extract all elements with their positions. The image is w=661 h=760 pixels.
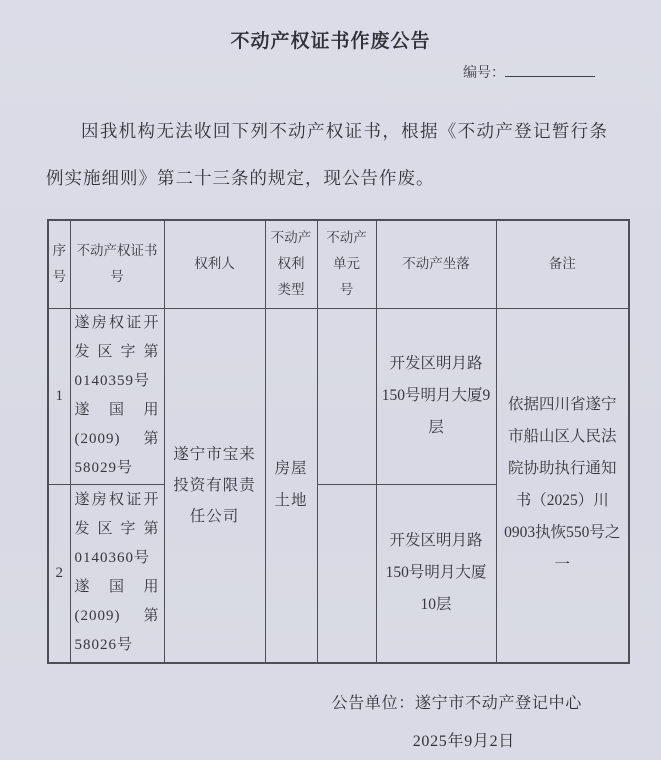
footer-announcing-unit: 公告单位：遂宁市不动产登记中心 [331, 690, 582, 713]
col-header-cert-no: 不动产权证书 号 [70, 220, 164, 308]
notice-document: 不动产权证书作废公告 编号： 因我机构无法收回下列不动产权证书，根据《不动产登记… [0, 0, 661, 760]
table-row: 1 遂房权证开发区字第0140359号 遂国用(2009)第58029号 遂宁市… [48, 308, 629, 484]
col-header-location: 不动产坐落 [376, 220, 496, 308]
remark-cell: 依据四川省遂宁市船山区人民法院协助执行通知书（2025）川0903执恢550号之… [496, 308, 629, 663]
notice-body: 因我机构无法收回下列不动产权证书，根据《不动产登记暂行条例实施细则》第二十三条的… [46, 108, 608, 202]
serial-no-cell: 1 [48, 308, 70, 484]
location-cell: 开发区明月路150号明月大厦9层 [376, 308, 496, 484]
notice-title: 不动产权证书作废公告 [0, 26, 661, 53]
cert-no-cell: 遂房权证开发区字第0140360号 遂国用(2009)第58026号 [70, 484, 164, 663]
unit-no-cell [317, 484, 376, 663]
unit-no-cell [317, 308, 376, 484]
serial-no-cell: 2 [48, 484, 70, 663]
col-header-right-type: 不动产 权利 类型 [265, 220, 317, 308]
right-type-cell: 房屋土地 [265, 308, 317, 663]
col-header-unit-no: 不动产 单元 号 [317, 220, 376, 308]
location-cell: 开发区明月路150号明月大厦10层 [376, 484, 496, 663]
col-header-holder: 权利人 [164, 220, 265, 308]
serial-label: 编号： [463, 64, 505, 80]
footer-date: 2025年9月2日 [413, 728, 515, 751]
table-header-row: 序 号 不动产权证书 号 权利人 不动产 权利 类型 不动产 单元 号 不动产坐… [48, 220, 629, 308]
cert-no-cell: 遂房权证开发区字第0140359号 遂国用(2009)第58029号 [70, 308, 164, 484]
serial-number-row: 编号： [463, 62, 595, 82]
certificates-table: 序 号 不动产权证书 号 权利人 不动产 权利 类型 不动产 单元 号 不动产坐… [47, 219, 630, 664]
holder-cell: 遂宁市宝来投资有限责任公司 [164, 308, 265, 663]
col-header-serial-no: 序 号 [48, 220, 70, 308]
col-header-remark: 备注 [496, 220, 629, 308]
serial-blank-line [505, 63, 595, 77]
